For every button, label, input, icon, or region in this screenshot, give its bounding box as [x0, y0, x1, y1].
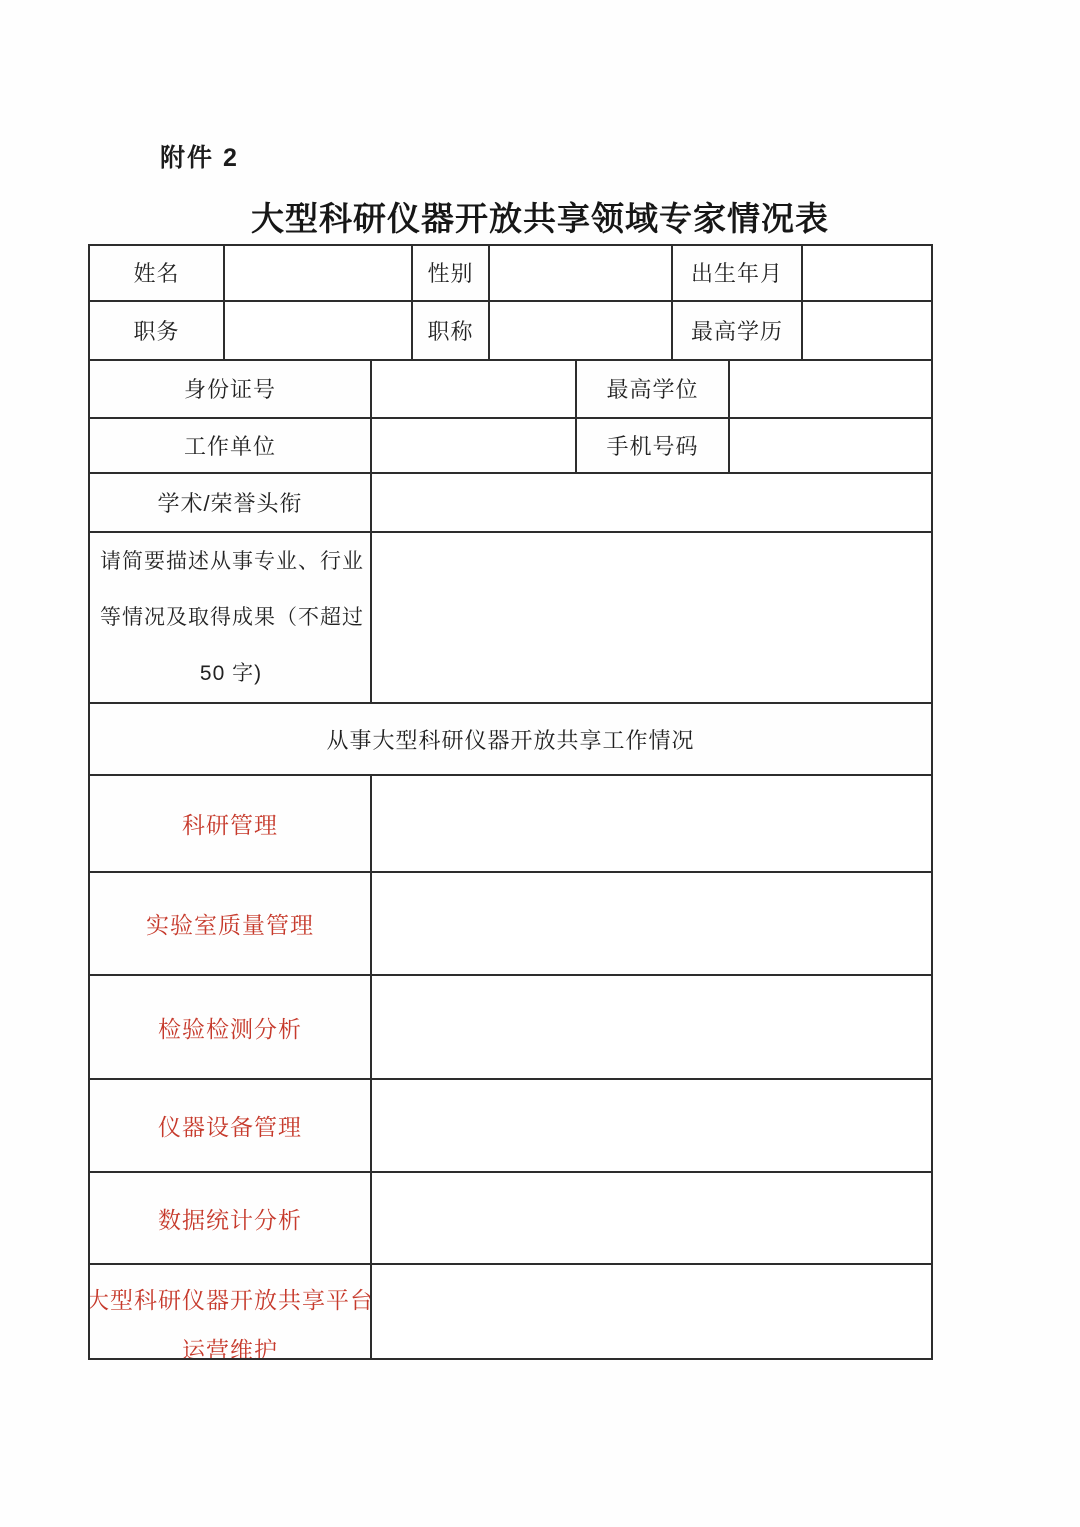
- table-row-platform-operation-maintenance: 大型科研仪器开放共享平台 运营维护: [90, 1265, 931, 1358]
- expert-info-table: 姓名 性别 出生年月 职务 职称 最高学历 身份证号 最高学位 工作单位: [88, 244, 933, 1360]
- form-title: 大型科研仪器开放共享领域专家情况表: [0, 193, 1080, 240]
- data-statistics-analysis-value-cell: [372, 1173, 931, 1265]
- platform-label-line-2: 运营维护: [182, 1325, 278, 1358]
- research-management-label: 科研管理: [90, 776, 372, 873]
- inspection-testing-analysis-label: 检验检测分析: [90, 976, 372, 1081]
- id-number-label: 身份证号: [90, 361, 372, 419]
- education-label: 最高学历: [673, 302, 803, 361]
- education-value-cell: [803, 302, 931, 361]
- table-row-position-title-education: 职务 职称 最高学历: [90, 302, 931, 361]
- table-row-instrument-equipment-management: 仪器设备管理: [90, 1080, 931, 1173]
- table-row-name-gender-birth: 姓名 性别 出生年月: [90, 246, 931, 302]
- job-title-label: 职称: [413, 302, 490, 361]
- name-label: 姓名: [90, 246, 225, 302]
- description-line-3: 50 字): [100, 646, 362, 702]
- profession-description-label: 请简要描述从事专业、行业 等情况及取得成果（不超过 50 字): [90, 533, 372, 704]
- platform-label-line-1: 大型科研仪器开放共享平台: [90, 1275, 372, 1325]
- description-line-1: 请简要描述从事专业、行业: [100, 534, 362, 590]
- birth-date-label: 出生年月: [673, 246, 803, 302]
- job-title-value-cell: [490, 302, 673, 361]
- gender-value-cell: [490, 246, 673, 302]
- table-row-lab-quality-management: 实验室质量管理: [90, 873, 931, 976]
- name-value-cell: [225, 246, 413, 302]
- section-header: 从事大型科研仪器开放共享工作情况: [90, 704, 931, 776]
- table-row-profession-description: 请简要描述从事专业、行业 等情况及取得成果（不超过 50 字): [90, 533, 931, 704]
- description-line-2: 等情况及取得成果（不超过: [100, 590, 362, 646]
- position-label: 职务: [90, 302, 225, 361]
- birth-date-value-cell: [803, 246, 931, 302]
- gender-label: 性别: [413, 246, 490, 302]
- platform-operation-maintenance-label: 大型科研仪器开放共享平台 运营维护: [90, 1265, 372, 1358]
- table-row-honor-title: 学术/荣誉头衔: [90, 474, 931, 533]
- honor-title-value-cell: [372, 474, 931, 533]
- table-row-research-management: 科研管理: [90, 776, 931, 873]
- table-row-section-header: 从事大型科研仪器开放共享工作情况: [90, 704, 931, 776]
- lab-quality-management-value-cell: [372, 873, 931, 976]
- work-unit-label: 工作单位: [90, 419, 372, 475]
- instrument-equipment-management-label: 仪器设备管理: [90, 1080, 372, 1173]
- table-row-workunit-phone: 工作单位 手机号码: [90, 419, 931, 475]
- data-statistics-analysis-label: 数据统计分析: [90, 1173, 372, 1265]
- document-page: 附件 2 大型科研仪器开放共享领域专家情况表 姓名 性别 出生年月 职务 职称 …: [0, 0, 1080, 1527]
- mobile-number-label: 手机号码: [577, 419, 730, 475]
- lab-quality-management-label: 实验室质量管理: [90, 873, 372, 976]
- profession-description-value-cell: [372, 533, 931, 704]
- inspection-testing-analysis-value-cell: [372, 976, 931, 1081]
- honor-title-label: 学术/荣誉头衔: [90, 474, 372, 533]
- work-unit-value-cell: [372, 419, 577, 475]
- table-row-data-statistics-analysis: 数据统计分析: [90, 1173, 931, 1265]
- position-value-cell: [225, 302, 413, 361]
- id-number-value-cell: [372, 361, 577, 419]
- attachment-number-label: 附件 2: [160, 138, 239, 174]
- degree-value-cell: [730, 361, 931, 419]
- platform-operation-maintenance-value-cell: [372, 1265, 931, 1358]
- degree-label: 最高学位: [577, 361, 730, 419]
- table-row-id-degree: 身份证号 最高学位: [90, 361, 931, 419]
- table-row-inspection-testing-analysis: 检验检测分析: [90, 976, 931, 1081]
- research-management-value-cell: [372, 776, 931, 873]
- mobile-number-value-cell: [730, 419, 931, 475]
- instrument-equipment-management-value-cell: [372, 1080, 931, 1173]
